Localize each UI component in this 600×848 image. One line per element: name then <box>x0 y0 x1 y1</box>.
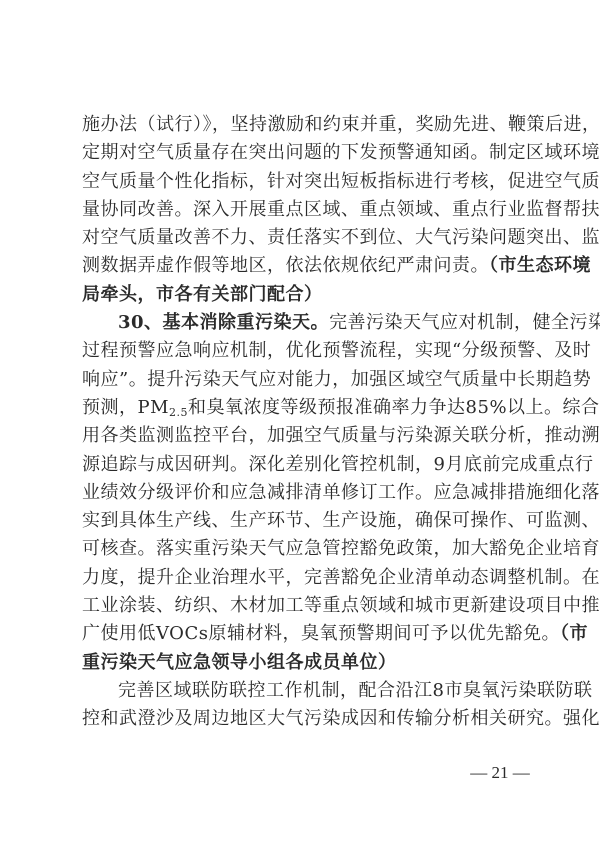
text-span: 工业涂装、纺织、木材加工等重点领域和城市更新建设项目中推 <box>82 595 600 616</box>
document-body: 施办法（试行）》，坚持激励和约束并重，奖励先进、鞭策后进，定期对空气质量存在突出… <box>82 111 528 734</box>
text-line: 业绩效分级评价和应急减排清单修订工作。应急减排措施细化落 <box>82 479 528 507</box>
text-span: 源追踪与成因研判。深化差别化管控机制，9月底前完成重点行 <box>82 454 593 475</box>
text-line: 空气质量个性化指标，针对突出短板指标进行考核，促进空气质 <box>82 168 528 196</box>
page-number: — 21 — <box>470 763 530 783</box>
bold-text: （市生态环境 <box>489 255 591 276</box>
text-line: 工业涂装、纺织、木材加工等重点领域和城市更新建设项目中推 <box>82 592 528 620</box>
text-line: 完善区域联防联控工作机制，配合沿江8市臭氧污染联防联 <box>82 677 528 705</box>
text-line: 力度，提升企业治理水平，完善豁免企业清单动态调整机制。在 <box>82 564 528 592</box>
text-line: 对空气质量改善不力、责任落实不到位、大气污染问题突出、监 <box>82 224 528 252</box>
text-line: 广使用低VOCs原辅材料，臭氧预警期间可予以优先豁免。（市 <box>82 620 528 648</box>
text-span: 控和武澄沙及周边地区大气污染成因和传输分析相关研究。强化 <box>82 708 600 729</box>
text-span: 空气质量个性化指标，针对突出短板指标进行考核，促进空气质 <box>82 171 600 192</box>
subscript-text: 2.5 <box>169 406 188 419</box>
text-line: 预测，PM2.5和臭氧浓度等级预报准确率力争达85%以上。综合运 <box>82 394 528 422</box>
bold-text: （市 <box>560 623 588 644</box>
text-span: 完善区域联防联控工作机制，配合沿江8市臭氧污染联防联 <box>118 680 592 701</box>
text-span: 定期对空气质量存在突出问题的下发预警通知函。制定区域环境 <box>82 142 600 163</box>
text-span: 测数据弄虚作假等地区，依法依规依纪严肃问责。 <box>82 255 489 276</box>
text-line: 30、基本消除重污染天。完善污染天气应对机制，健全污染 <box>82 309 528 337</box>
text-span: 对空气质量改善不力、责任落实不到位、大气污染问题突出、监 <box>82 227 600 248</box>
text-span: 过程预警应急响应机制，优化预警流程，实现“分级预警、及时 <box>82 340 591 361</box>
text-line: 可核查。落实重污染天气应急管控豁免政策，加大豁免企业培育 <box>82 535 528 563</box>
text-line: 施办法（试行）》，坚持激励和约束并重，奖励先进、鞭策后进， <box>82 111 528 139</box>
text-line: 局牵头，市各有关部门配合） <box>82 281 528 309</box>
text-span: 施办法（试行）》，坚持激励和约束并重，奖励先进、鞭策后进， <box>82 114 600 135</box>
text-span: 实到具体生产线、生产环节、生产设施，确保可操作、可监测、 <box>82 510 600 531</box>
text-line: 测数据弄虚作假等地区，依法依规依纪严肃问责。（市生态环境 <box>82 252 528 280</box>
text-span: 可核查。落实重污染天气应急管控豁免政策，加大豁免企业培育 <box>82 538 600 559</box>
text-line: 实到具体生产线、生产环节、生产设施，确保可操作、可监测、 <box>82 507 528 535</box>
text-line: 响应”。提升污染天气应对能力，加强区域空气质量中长期趋势 <box>82 366 528 394</box>
text-line: 过程预警应急响应机制，优化预警流程，实现“分级预警、及时 <box>82 337 528 365</box>
text-span: 响应”。提升污染天气应对能力，加强区域空气质量中长期趋势 <box>82 369 591 390</box>
text-span: 业绩效分级评价和应急减排清单修订工作。应急减排措施细化落 <box>82 482 600 503</box>
text-line: 源追踪与成因研判。深化差别化管控机制，9月底前完成重点行 <box>82 451 528 479</box>
text-span: 和臭氧浓度等级预报准确率力争达85%以上。综合运 <box>188 397 600 418</box>
text-span: 广使用低VOCs原辅材料，臭氧预警期间可予以优先豁免。 <box>82 623 560 644</box>
bold-text: 局牵头，市各有关部门配合） <box>82 284 323 305</box>
text-line: 重污染天气应急领导小组各成员单位） <box>82 649 528 677</box>
text-span: 预测，PM <box>82 397 169 418</box>
text-span: 完善污染天气应对机制，健全污染 <box>329 312 600 333</box>
text-line: 用各类监测监控平台，加强空气质量与污染源关联分析，推动溯 <box>82 422 528 450</box>
text-span: 力度，提升企业治理水平，完善豁免企业清单动态调整机制。在 <box>82 567 600 588</box>
text-line: 定期对空气质量存在突出问题的下发预警通知函。制定区域环境 <box>82 139 528 167</box>
bold-text: 30、基本消除重污染天。 <box>118 312 329 333</box>
bold-text: 重污染天气应急领导小组各成员单位） <box>82 652 397 673</box>
text-span: 用各类监测监控平台，加强空气质量与污染源关联分析，推动溯 <box>82 425 600 446</box>
text-line: 量协同改善。深入开展重点区域、重点领域、重点行业监督帮扶。 <box>82 196 528 224</box>
text-span: 量协同改善。深入开展重点区域、重点领域、重点行业监督帮扶。 <box>82 199 600 220</box>
text-line: 控和武澄沙及周边地区大气污染成因和传输分析相关研究。强化 <box>82 705 528 733</box>
